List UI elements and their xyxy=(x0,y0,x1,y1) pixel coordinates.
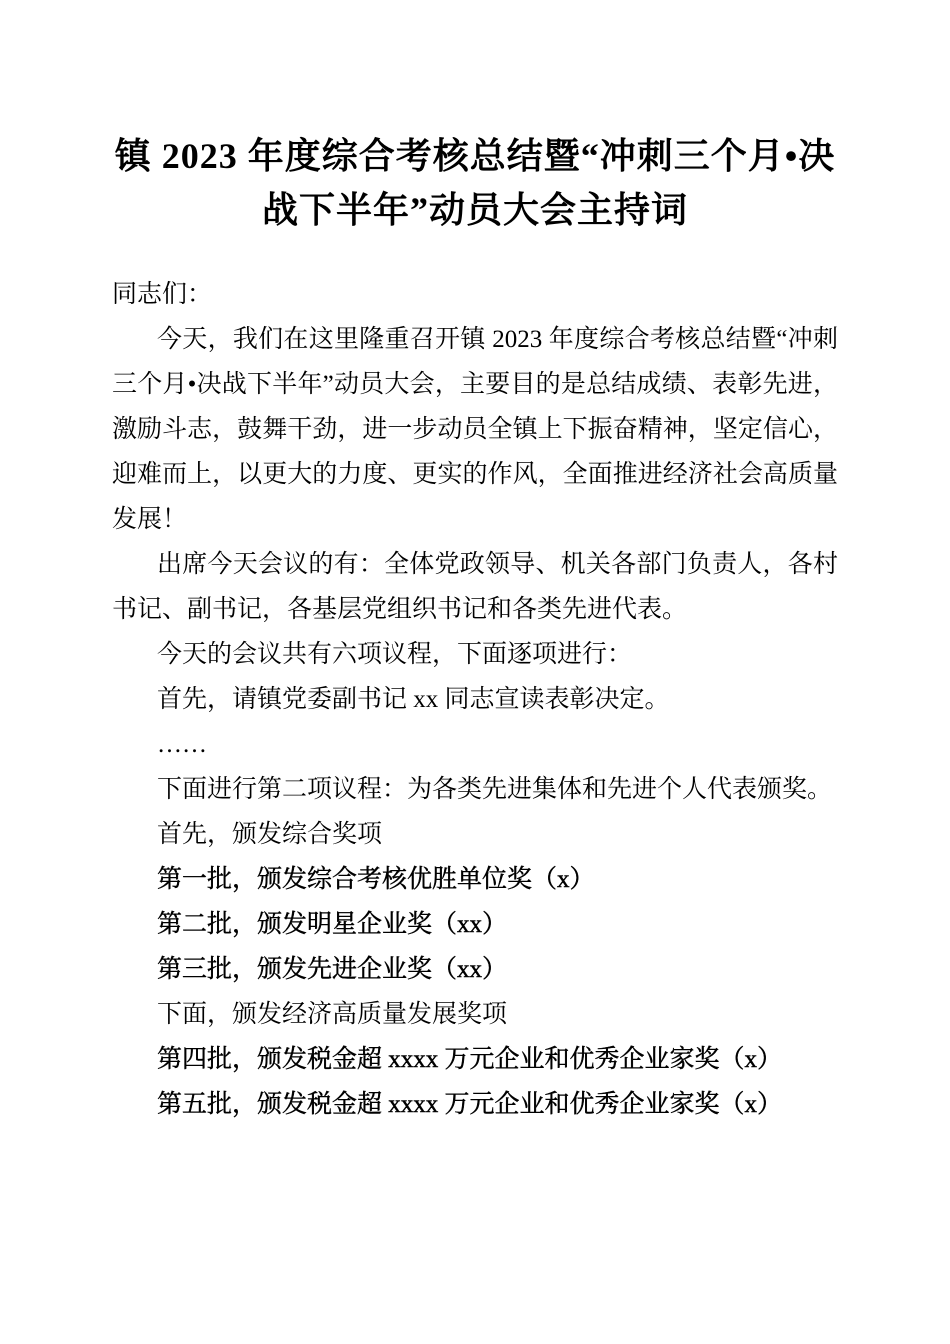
document-page: 镇 2023 年度综合考核总结暨“冲刺三个月•决 战下半年”动员大会主持词 同志… xyxy=(0,0,950,1344)
para-attendees: 出席今天会议的有：全体党政领导、机关各部门负责人，各村书记、副书记，各基层党组织… xyxy=(112,542,838,632)
document-body: 同志们： 今天，我们在这里隆重召开镇 2023 年度综合考核总结暨“冲刺三个月•… xyxy=(112,272,838,1127)
para-award-batch-5: 第五批，颁发税金超 xxxx 万元企业和优秀企业家奖（x） xyxy=(112,1082,838,1127)
para-award-batch-1: 第一批，颁发综合考核优胜单位奖（x） xyxy=(112,857,838,902)
title-line-2: 战下半年”动员大会主持词 xyxy=(112,183,838,237)
para-economy-awards: 下面，颁发经济高质量发展奖项 xyxy=(112,992,838,1037)
document-title: 镇 2023 年度综合考核总结暨“冲刺三个月•决 战下半年”动员大会主持词 xyxy=(112,129,838,237)
para-award-batch-2: 第二批，颁发明星企业奖（xx） xyxy=(112,902,838,947)
para-award-batch-4: 第四批，颁发税金超 xxxx 万元企业和优秀企业家奖（x） xyxy=(112,1037,838,1082)
para-ellipsis: …… xyxy=(112,722,838,767)
para-comprehensive-awards: 首先，颁发综合奖项 xyxy=(112,812,838,857)
para-second-agenda: 下面进行第二项议程：为各类先进集体和先进个人代表颁奖。 xyxy=(112,767,838,812)
para-agenda-intro: 今天的会议共有六项议程，下面逐项进行： xyxy=(112,632,838,677)
para-first-agenda: 首先，请镇党委副书记 xx 同志宣读表彰决定。 xyxy=(112,677,838,722)
para-greeting: 同志们： xyxy=(112,272,838,317)
para-opening: 今天，我们在这里隆重召开镇 2023 年度综合考核总结暨“冲刺三个月•决战下半年… xyxy=(112,317,838,542)
para-award-batch-3: 第三批，颁发先进企业奖（xx） xyxy=(112,947,838,992)
title-line-1: 镇 2023 年度综合考核总结暨“冲刺三个月•决 xyxy=(112,129,838,183)
